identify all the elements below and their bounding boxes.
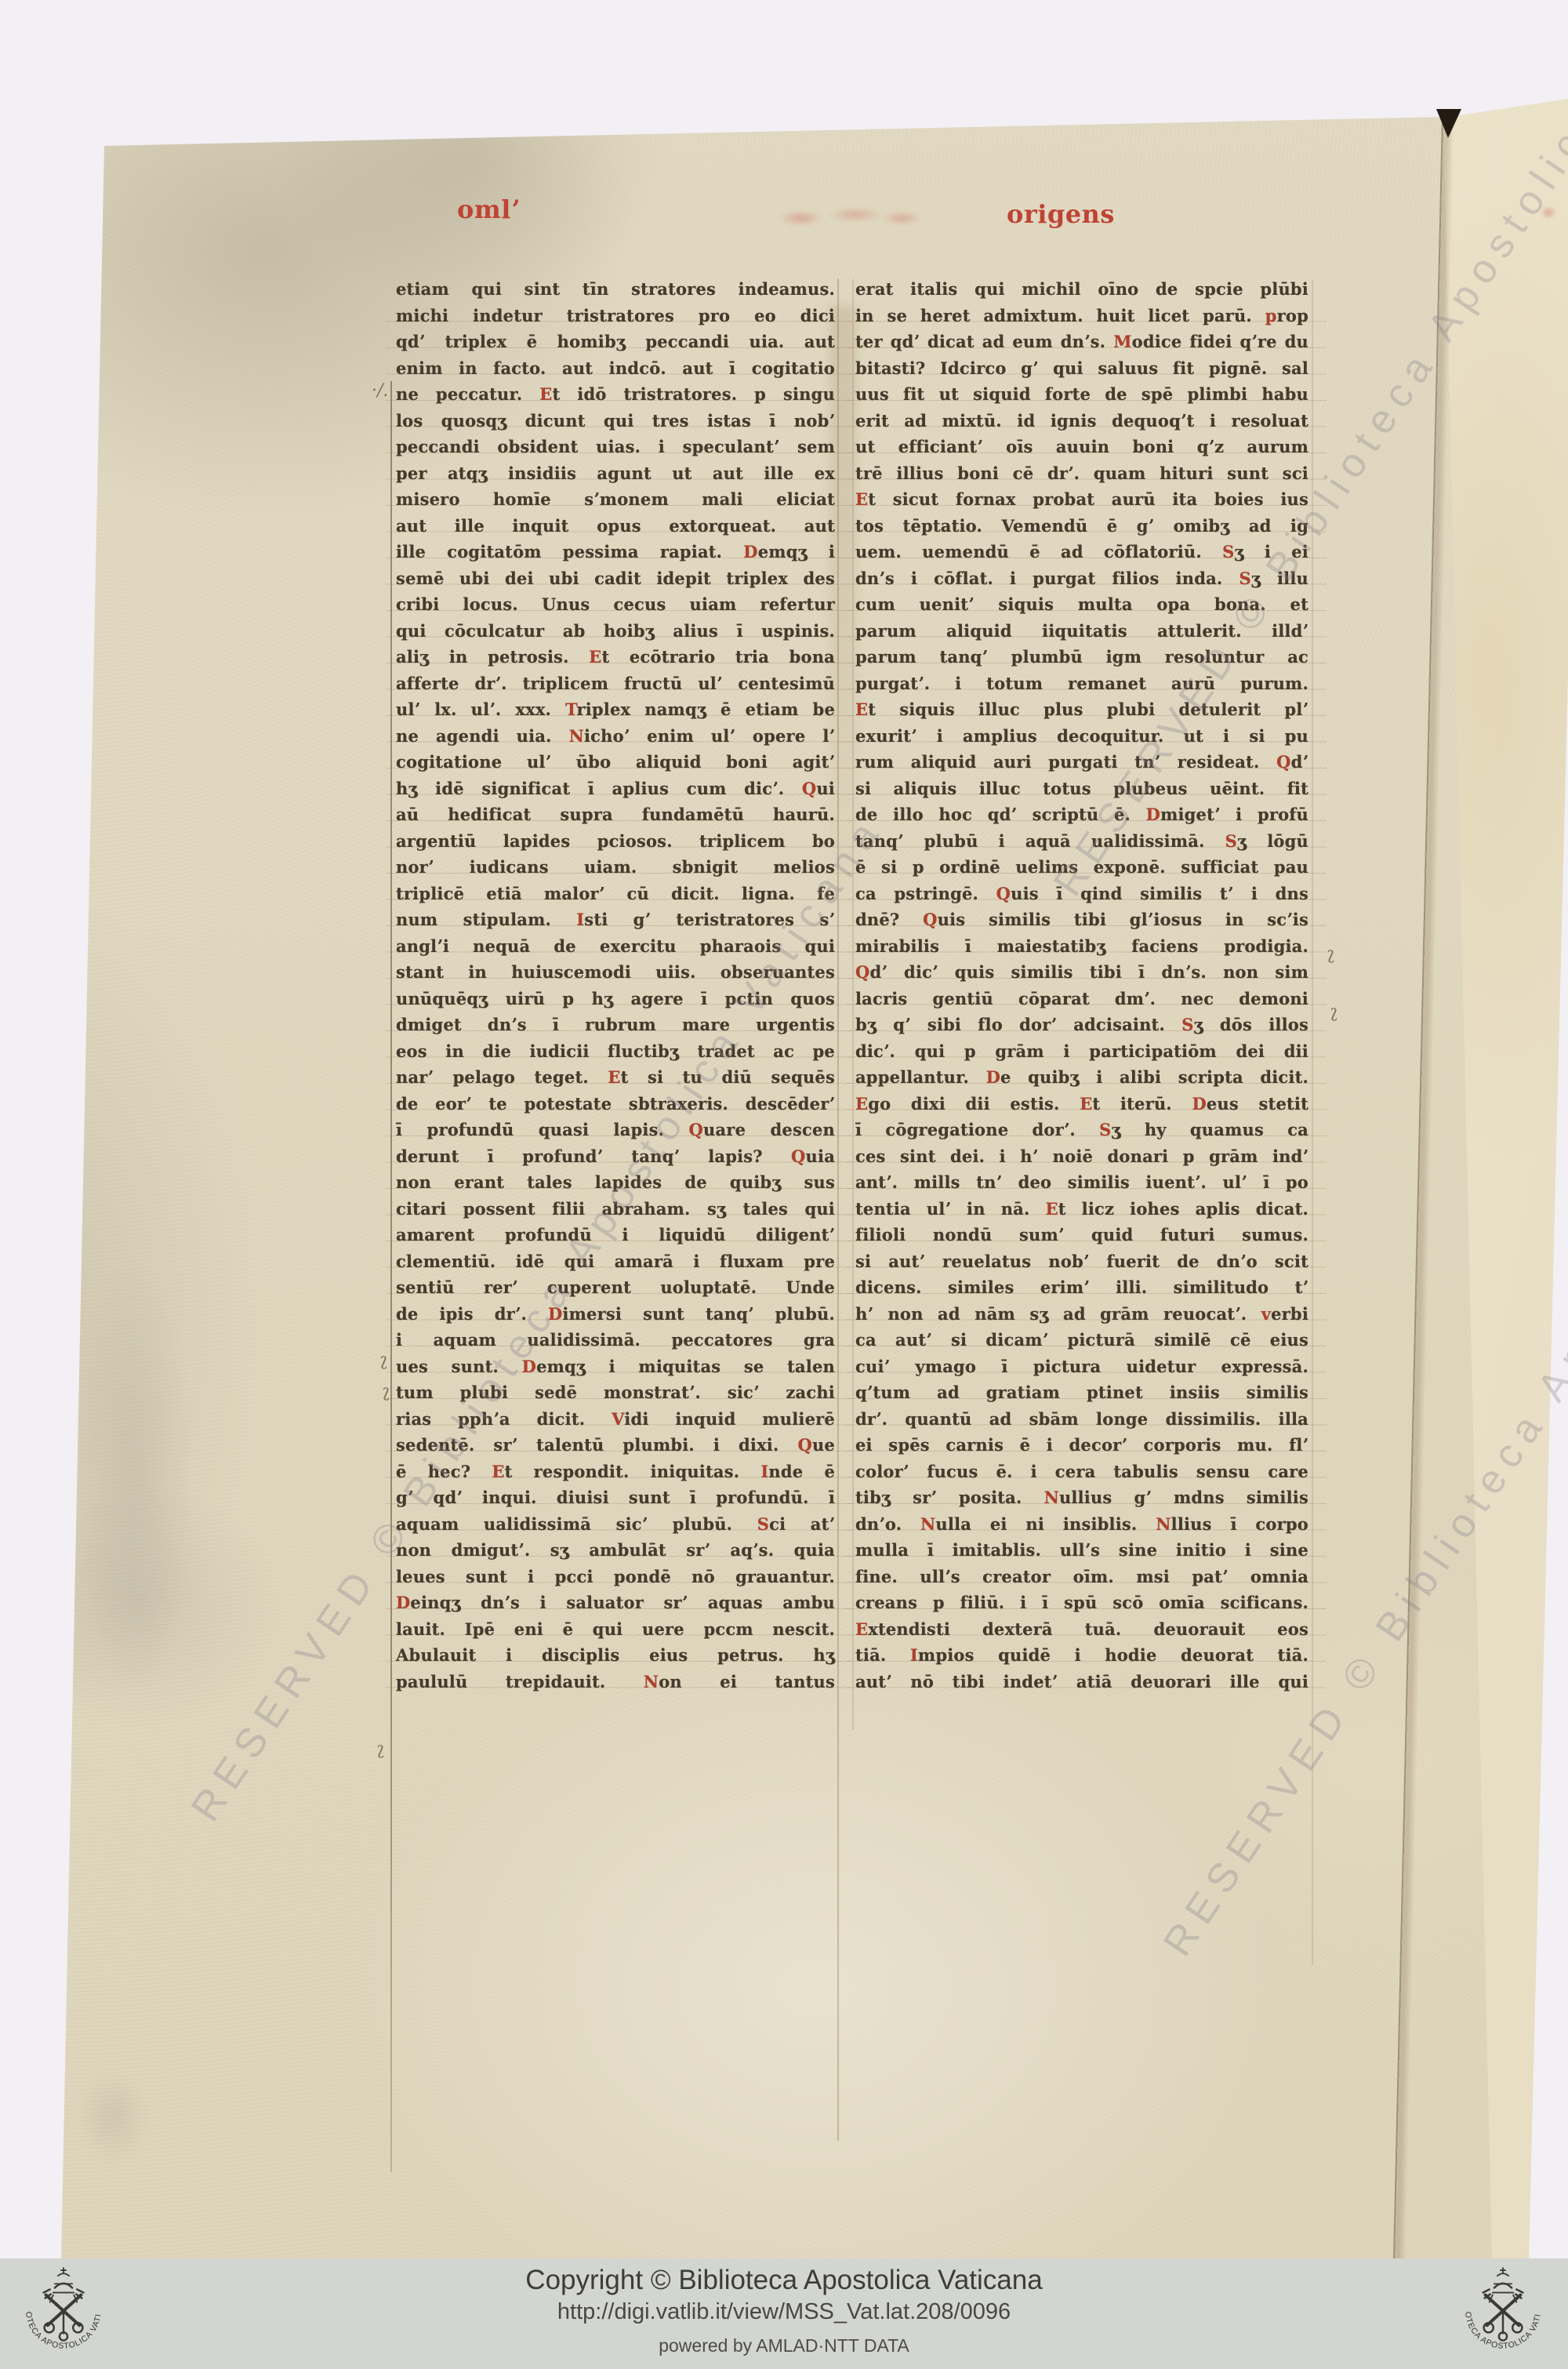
manuscript-line: Extendisti dexterā tuā. deuorauit eos [855, 1616, 1308, 1643]
ruling-vertical-2 [837, 279, 839, 2141]
margin-stain-small [78, 2070, 149, 2164]
manuscript-line: aut ille inquit opus extorqueat. aut [396, 513, 835, 540]
manuscript-line: Abulauit i disciplis eius petrus. hʒ [396, 1642, 835, 1669]
manuscript-line: Qdʼ dicʼ quis similis tibi ī dnʼs. non s… [855, 959, 1308, 986]
manuscript-line: fine. ullʼs creator oīm. msi patʼ omnia [855, 1564, 1308, 1590]
manuscript-line: filioli nondū sumʼ quid futuri sumus. [855, 1222, 1308, 1248]
manuscript-line: tiā. Impios quidē i hodie deuorat tiā. [855, 1642, 1308, 1669]
manuscript-line: aquam ualidissimā sicʼ plubū. Sci atʼ [396, 1511, 835, 1538]
manuscript-line: ī cōgregatione dorʼ. Sʒ hy quamus ca [855, 1117, 1308, 1143]
vatican-library-logo-left: BIBLIOTECA APOSTOLICA VATICANA [16, 2266, 111, 2362]
footer-copyright: Copyright © Biblioteca Apostolica Vatica… [0, 2265, 1568, 2296]
header-rubric-left: omlʼ [457, 194, 521, 224]
manuscript-line: de ipis drʼ. Dimersi sunt tanqʼ plubū. [396, 1301, 835, 1328]
margin-nota-mark: ʅ [1327, 944, 1335, 964]
manuscript-line: ter qdʼ dicat ad eum dnʼs. Modice fidei … [855, 329, 1308, 355]
margin-nota-mark: ʅ [376, 1739, 385, 1759]
manuscript-line: tentia ulʼ in nā. Et licz iohes aplis di… [855, 1196, 1308, 1223]
manuscript-line: ei spēs carnis ē i decorʼ corporis mu. f… [855, 1432, 1308, 1459]
manuscript-line: ulʼ lx. ulʼ. xxx. Triplex namqʒ ē etiam … [396, 696, 835, 723]
manuscript-line: aū hedificat supra fundamētū haurū. [396, 801, 835, 828]
ruling-vertical-1 [390, 381, 392, 2172]
manuscript-line: appellantur. De quibʒ i alibi scripta di… [855, 1064, 1308, 1091]
manuscript-line: dnē? Quis similis tibi glʼiosus in scʼis [855, 907, 1308, 933]
manuscript-line: exuritʼ i amplius decoquitur. ut i si pu [855, 723, 1308, 750]
manuscript-line: autʼ nō tibi indetʼ atiā deuorari ille q… [855, 1669, 1308, 1695]
vatican-library-logo-right: BIBLIOTECA APOSTOLICA VATICANA [1455, 2266, 1551, 2362]
right-column: erat italis qui michil oīno de spcie plū… [855, 276, 1308, 1695]
manuscript-line: enim in facto. aut indcō. aut ī cogitati… [396, 355, 835, 382]
manuscript-line: dicens. similes erimʼ illi. similitudo t… [855, 1274, 1308, 1301]
manuscript-line: Deinqʒ dnʼs i saluator srʼ aquas ambu [396, 1590, 835, 1616]
manuscript-line: los quosqʒ dicunt qui tres istas ī nobʼ [396, 408, 835, 434]
manuscript-line: ille cogitatōm pessima rapiat. Demqʒ i [396, 539, 835, 565]
margin-nota-mark: ʅ [1330, 1002, 1338, 1022]
manuscript-line: i aquam ualidissimā. peccatores gra [396, 1327, 835, 1353]
manuscript-line: etiam qui sint tīn stratores indeamus. [396, 276, 835, 303]
manuscript-line: cogitatione ulʼ ūbo aliquid boni agitʼ [396, 749, 835, 776]
manuscript-line: hʒ idē significat ī aplius cum dicʼ. Qui [396, 776, 835, 802]
manuscript-line: afferte drʼ. triplicem fructū ulʼ centes… [396, 670, 835, 697]
manuscript-line: dicʼ. qui p grām i participatiōm dei dii [855, 1038, 1308, 1065]
manuscript-line: si aliquis illuc totus plubeus uēint. fi… [855, 776, 1308, 802]
manuscript-line: eos in die iudicii fluctibʒ tradet ac pe [396, 1038, 835, 1065]
manuscript-line: colorʼ fucus ē. i cera tabulis sensu car… [855, 1459, 1308, 1485]
manuscript-line: mulla ī imitablis. ullʼs sine initio i s… [855, 1537, 1308, 1564]
manuscript-line: cuiʼ ymago ī pictura uidetur expressā. [855, 1353, 1308, 1380]
margin-stain [74, 1255, 192, 1694]
manuscript-line: Et siquis illuc plus plubi detulerit plʼ [855, 696, 1308, 723]
manuscript-line: ces sint dei. i hʼ noiē donari p grām in… [855, 1143, 1308, 1170]
manuscript-line: misero homīe sʼmonem mali eliciat [396, 486, 835, 513]
footer-bar: Copyright © Biblioteca Apostolica Vatica… [0, 2258, 1568, 2369]
manuscript-line: aliʒ in petrosis. Et ecōtrario tria bona [396, 644, 835, 670]
manuscript-line: bitasti? Idcirco gʼ qui saluus fit pignē… [855, 355, 1308, 382]
manuscript-line: tibʒ srʼ posita. Nullius gʼ mdns similis [855, 1484, 1308, 1511]
manuscript-line: purgatʼ. i totum remanet aurū purum. [855, 670, 1308, 697]
erased-rubric-stamp [770, 199, 925, 234]
manuscript-line: narʼ pelago teget. Et si tu diū sequēs [396, 1064, 835, 1091]
ruling-vertical-3 [852, 279, 854, 1730]
manuscript-line: triplicē etiā malorʼ cū dicit. ligna. fe [396, 881, 835, 907]
manuscript-line: paululū trepidauit. Non ei tantus [396, 1669, 835, 1695]
manuscript-line: antʼ. mills tnʼ deo similis iuentʼ. ulʼ … [855, 1169, 1308, 1196]
manuscript-line: peccandi obsident uias. i speculantʼ sem [396, 434, 835, 460]
margin-nota-mark: ·/. [372, 381, 388, 401]
digitized-manuscript-scan: omlʼ origens etiam qui sint tīn stratore… [0, 0, 1568, 2369]
manuscript-line: qdʼ triplex ē homibʒ peccandi uia. aut [396, 329, 835, 355]
manuscript-line: ues sunt. Demqʒ i miquitas se talen [396, 1353, 835, 1380]
manuscript-line: mirabilis ī maiestatibʒ faciens prodigia… [855, 933, 1308, 960]
manuscript-line: semē ubi dei ubi cadit idepit triplex de… [396, 565, 835, 592]
manuscript-line: ne peccatur. Et idō tristratores. p sing… [396, 381, 835, 408]
manuscript-line: drʼ. quantū ad sbām longe dissimilis. il… [855, 1406, 1308, 1433]
manuscript-line: lauit. Ipē eni ē qui uere pccm nescit. [396, 1616, 835, 1643]
margin-nota-mark: ʅ [382, 1382, 390, 1401]
manuscript-line: sentiū rerʼ cuperent uoluptatē. Unde [396, 1274, 835, 1301]
manuscript-line: argentiū lapides pciosos. triplicem bo [396, 828, 835, 855]
manuscript-line: Et sicut fornax probat aurū ita boies iu… [855, 486, 1308, 513]
manuscript-line: ne agendi uia. Nichoʼ enim ulʼ opere lʼ [396, 723, 835, 750]
manuscript-line: in se heret admixtum. huit licet parū. p… [855, 303, 1308, 329]
manuscript-line: ut efficiantʼ oīs auuin boni qʼz aurum [855, 434, 1308, 460]
manuscript-line: michi indetur tristratores pro eo dici [396, 303, 835, 329]
manuscript-line: Ego dixi dii estis. Et iterū. Deus steti… [855, 1091, 1308, 1117]
manuscript-line: gʼ qdʼ inqui. diuisi sunt ī profundū. ī [396, 1484, 835, 1511]
manuscript-line: trē illius boni cē drʼ. quam hituri sunt… [855, 460, 1308, 487]
margin-nota-mark: ʅ [379, 1350, 388, 1370]
manuscript-line: hʼ non ad nām sʒ ad grām reuocatʼ. verbi [855, 1301, 1308, 1328]
manuscript-line: leues sunt i pcci pondē nō grauantur. [396, 1564, 835, 1590]
manuscript-line: num stipulam. Isti gʼ teristratores sʼ [396, 907, 835, 933]
manuscript-line: bʒ qʼ sibi flo dorʼ adcisaint. Sʒ dōs il… [855, 1012, 1308, 1038]
manuscript-line: dnʼo. Nulla ei ni insiblis. Nllius ī cor… [855, 1511, 1308, 1538]
manuscript-line: ca autʼ si dicamʼ picturā similē cē eius [855, 1327, 1308, 1353]
manuscript-line: qʼtum ad gratiam ptinet insiis similis [855, 1379, 1308, 1406]
manuscript-line: cribi locus. Unus cecus uiam refertur [396, 591, 835, 618]
manuscript-line: rum aliquid auri purgati tnʼ resideat. Q… [855, 749, 1308, 776]
header-rubric-right: origens [1007, 199, 1115, 229]
manuscript-line: si autʼ reuelatus nobʼ fuerit de dnʼo sc… [855, 1248, 1308, 1275]
manuscript-line: erit ad mixtū. id ignis dequoqʼt i resol… [855, 408, 1308, 434]
manuscript-line: per atqʒ insidiis agunt ut aut ille ex [396, 460, 835, 487]
manuscript-line: de eorʼ te potestate sbtraxeris. descēde… [396, 1091, 835, 1117]
manuscript-line: ī profundū quasi lapis. Quare descen [396, 1117, 835, 1143]
manuscript-line: creans p filiū. i ī spū scō omīa scifica… [855, 1590, 1308, 1616]
manuscript-line: uus fit ut siquid forte de spē plimbi ha… [855, 381, 1308, 408]
manuscript-line: norʼ iudicans uiam. sbnigit melios [396, 854, 835, 881]
manuscript-line: erat italis qui michil oīno de spcie plū… [855, 276, 1308, 303]
manuscript-line: non dmigutʼ. sʒ ambulāt srʼ aqʼs. quia [396, 1537, 835, 1564]
manuscript-line: uem. uemendū ē ad cōflatoriū. Sʒ i ei [855, 539, 1308, 565]
footer-powered-by: powered by AMLAD·NTT DATA [0, 2335, 1568, 2356]
manuscript-line: qui cōculcatur ab hoibʒ alius ī uspinis. [396, 618, 835, 645]
manuscript-line: tos tēptatio. Vemendū ē gʼ omibʒ ad ig [855, 513, 1308, 540]
manuscript-line: clementiū. idē qui amarā i fluxam pre [396, 1248, 835, 1275]
footer-url: http://digi.vatlib.it/view/MSS_Vat.lat.2… [0, 2299, 1568, 2325]
manuscript-line: lacris gentiū cōparat dmʼ. nec demoni [855, 986, 1308, 1012]
